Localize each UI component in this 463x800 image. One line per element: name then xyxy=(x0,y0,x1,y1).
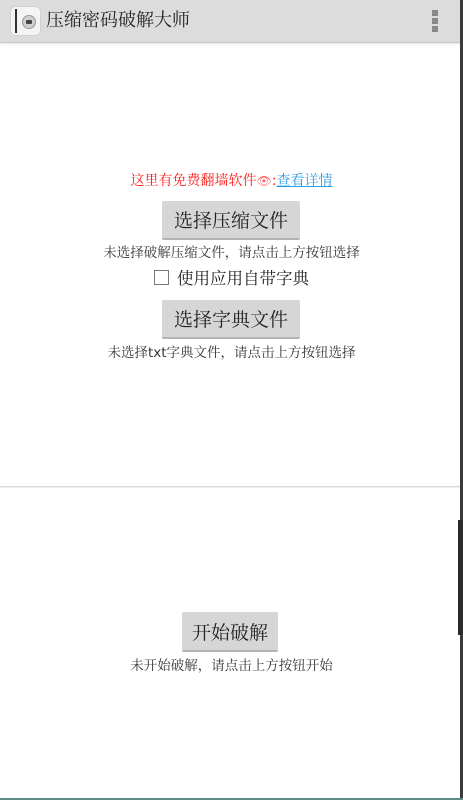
action-bar: 压缩密码破解大师 xyxy=(0,0,463,43)
crack-status: 未开始破解，请点击上方按钮开始 xyxy=(0,657,463,675)
select-archive-button[interactable]: 选择压缩文件 xyxy=(162,201,300,240)
dictionary-status: 未选择txt字典文件，请点击上方按钮选择 xyxy=(0,344,463,362)
archive-status: 未选择破解压缩文件，请点击上方按钮选择 xyxy=(0,244,463,262)
promo-banner: 这里有免费翻墙软件👁:查看详情 xyxy=(0,171,463,191)
builtin-dict-option[interactable]: 使用应用自带字典 xyxy=(0,268,463,290)
app-title: 压缩密码破解大师 xyxy=(46,9,190,33)
more-vert-icon xyxy=(432,10,438,16)
lock-icon xyxy=(22,15,36,29)
promo-text: 这里有免费翻墙软件 xyxy=(131,173,257,189)
more-vert-dot xyxy=(432,18,438,24)
scrollbar-thumb[interactable] xyxy=(458,520,463,635)
view-details-link[interactable]: 查看详情 xyxy=(276,173,332,189)
app-icon[interactable] xyxy=(11,7,40,35)
eye-icon: 👁 xyxy=(257,174,272,188)
zip-spine-icon xyxy=(15,9,17,33)
builtin-dict-checkbox[interactable] xyxy=(154,270,169,285)
more-vert-dot xyxy=(432,26,438,32)
start-crack-button[interactable]: 开始破解 xyxy=(182,612,278,652)
select-dictionary-button[interactable]: 选择字典文件 xyxy=(162,300,300,339)
builtin-dict-label: 使用应用自带字典 xyxy=(177,269,309,288)
section-divider xyxy=(0,486,463,487)
overflow-menu-button[interactable] xyxy=(431,10,439,32)
